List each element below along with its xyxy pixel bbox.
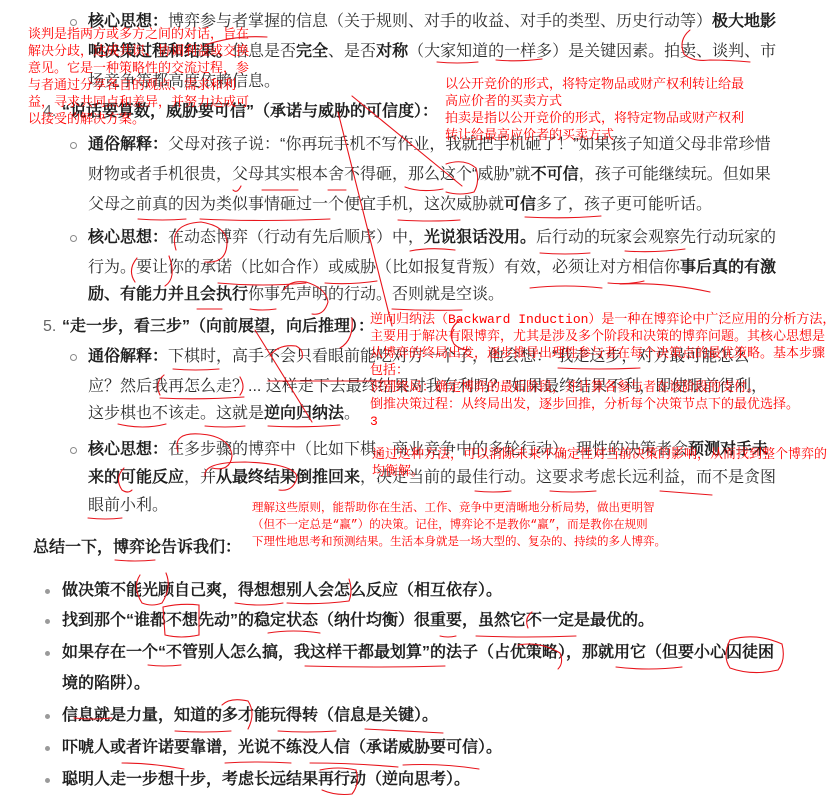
bold-text-run: 可信: [504, 196, 536, 213]
annotation-line: 包括：: [370, 362, 835, 379]
annotation-conclusion-note: 理解这些原则，能帮助你在生活、工作、竞争中更清晰地分析局势，做出更明智 （但不一…: [252, 500, 666, 551]
bold-text-run: 不可信: [531, 166, 579, 183]
annotation-equilibrium-note: 通过这种方法，可以消除未来不确定性对当前决策的影响，从而找到整个博弈的 均衡解。: [372, 446, 827, 480]
item5-heading: “走一步，看三步”（向前展望，向后推理）：: [62, 316, 374, 338]
annotation-backward-induction-note: 逆向归纳法（Backward Induction）是一种在博弈论中广泛应用的分析…: [370, 311, 835, 430]
sub-bullet-marker: [70, 235, 77, 242]
bullet-marker: [45, 589, 50, 594]
summary-bullet-4: 信息就是力量，知道的多才能玩得转（信息是关键）。: [62, 705, 438, 727]
text-run: ，孩子可能继续玩。但如果: [579, 166, 771, 183]
bold-text-run: 核心思想：: [88, 441, 168, 458]
bold-text-run: 从最终结果倒推回来: [216, 469, 360, 486]
summary-bullet-5: 吓唬人或者许诺要靠谱，光说不练没人信（承诺威胁要可信）。: [62, 737, 502, 759]
document-page: 核心思想：博弈参与者掌握的信息（关于规则、对手的收益、对手的类型、历史行动等）极…: [0, 0, 836, 800]
bullet-marker: [45, 778, 50, 783]
bold-text-run: 事后真的有激: [680, 259, 776, 276]
annotation-line: 解决分歧，达成共识、协调利益或交换: [28, 43, 249, 60]
annotation-line: （但不一定总是“赢”）的决策。记住，博弈论不是教你“赢”，而是教你在规则: [252, 517, 666, 534]
annotation-line: 谈判是指两方或多方之间的对话，旨在: [28, 26, 249, 43]
sub-bullet-marker: [70, 354, 77, 361]
annotation-line: 理解这些原则，能帮助你在生活、工作、竞争中更清晰地分析局势，做出更明智: [252, 500, 666, 517]
annotation-line: 与者通过分享各自的观点、需求和利: [28, 77, 249, 94]
text-run: 父母之前真的因为类似事情砸过一个便宜手机，这次威胁就: [88, 196, 504, 213]
text-run: 在动态博弈（行动有先后顺序）中，: [168, 229, 424, 246]
annotation-line: 益，寻求共同点和差异，并努力达成可: [28, 94, 249, 111]
text-run: 你事先声明的行动。否则就是空谈。: [248, 286, 504, 303]
annotation-line: 倒推决策过程：从终局出发，逐步回推，分析每个决策节点下的最优选择。: [370, 396, 835, 413]
sub-bullet-marker: [70, 19, 77, 26]
summary-bullet-2: 找到那个“谁都不想先动”的稳定状态（纳什均衡）很重要，虽然它不一定是最优的。: [62, 610, 654, 632]
annotation-line: 3: [370, 413, 835, 430]
text-run: 财物或者手机很贵，父母其实根本舍不得砸，那么这个“威胁”就: [88, 166, 531, 183]
bullet-marker: [45, 714, 50, 719]
bold-text-run: 来的可能反应: [88, 469, 184, 486]
bold-text-run: 通俗解释：: [88, 348, 168, 365]
text-run: 多了，孩子更可能听话。: [536, 196, 712, 213]
annotation-line: 以接受的解决方案。: [28, 111, 249, 128]
annotation-line: 以公开竞价的形式，将特定物品或财产权利转让给最: [445, 76, 744, 93]
item4-core-idea-line-1: 核心思想：在动态博弈（行动有先后顺序）中，光说狠话没用。后行动的玩家会观察先行动…: [88, 227, 776, 249]
annotation-line: 高应价者的买卖方式: [445, 93, 744, 110]
annotation-line: 通过这种方法，可以消除未来不确定性对当前决策的影响，从而找到整个博弈的: [372, 446, 827, 463]
annotation-line: 转让给最高应价者的买卖方式: [445, 127, 744, 144]
text-run: 眼前小利。: [88, 497, 168, 514]
bold-text-run: 通俗解释：: [88, 136, 168, 153]
summary-bullet-3: 如果存在一个“不管别人怎么搞，我这样干都最划算”的法子（占优策略），那就用它（但…: [62, 642, 774, 664]
list-number-5: 5.: [43, 316, 56, 338]
annotation-line: 逆向归纳法（Backward Induction）是一种在博弈论中广泛应用的分析…: [370, 311, 835, 328]
bold-text-run: 对称: [376, 43, 408, 60]
bold-text-run: 逆向归纳法: [264, 405, 344, 422]
text-run: 博弈参与者掌握的信息（关于规则、对手的收益、对手的类型、历史行动等）: [168, 13, 712, 30]
sub-bullet-marker: [70, 142, 77, 149]
item4-core-idea-line-2: 行为。要让你的承诺（比如合作）或威胁（比如报复背叛）有效，必须让对方相信你事后真…: [88, 257, 776, 279]
sub-bullet-marker: [70, 447, 77, 454]
annotation-line: 意见。它是一种策略性的交流过程，参: [28, 60, 249, 77]
bullet-marker: [45, 746, 50, 751]
bullet-marker: [45, 619, 50, 624]
item4-plain-line-2: 财物或者手机很贵，父母其实根本舍不得砸，那么这个“威胁”就不可信，孩子可能继续玩…: [88, 164, 771, 186]
annotation-line: 识别终局：确定博弈的最后阶段，并计算各参与者在该阶段的支付。: [370, 379, 835, 396]
summary-bullet-3-continued: 境的陷阱）。: [62, 673, 150, 695]
text-run: 行为。要让你的承诺（比如合作）或威胁（比如报复背叛）有效，必须让对方相信你: [88, 259, 680, 276]
item4-core-idea-line-3: 励、有能力并且会执行你事先声明的行动。否则就是空谈。: [88, 284, 504, 306]
annotation-line: 拍卖是指以公开竞价的形式，将特定物品或财产权利: [445, 110, 744, 127]
bold-text-run: 极大地影: [712, 13, 776, 30]
bold-text-run: 励、有能力并且会执行: [88, 286, 248, 303]
text-run: 。: [344, 405, 360, 422]
summary-heading: 总结一下，博弈论告诉我们：: [33, 537, 241, 559]
text-run: 、是否: [328, 43, 376, 60]
annotation-line: 下理性地思考和预测结果。生活本身就是一场大型的、复杂的、持续的多人博弈。: [252, 534, 666, 551]
bold-text-run: 完全: [296, 43, 328, 60]
text-run: （大家知道的一样多）是关键因素。拍卖、谈判、市: [408, 43, 776, 60]
summary-bullet-1: 做决策不能光顾自己爽，得想想别人会怎么反应（相互依存）。: [62, 580, 502, 602]
text-run: 后行动的玩家会观察先行动玩家的: [536, 229, 776, 246]
bullet-marker: [45, 651, 50, 656]
item5-core-idea-line-3: 眼前小利。: [88, 495, 168, 517]
summary-bullet-6: 聪明人走一步想十步，考虑长远结果再行动（逆向思考）。: [62, 769, 470, 791]
annotation-line: 主要用于解决有限博弈，尤其是涉及多个阶段和决策的博弈问题。其核心思想是: [370, 328, 835, 345]
item4-plain-line-3: 父母之前真的因为类似事情砸过一个便宜手机，这次威胁就可信多了，孩子更可能听话。: [88, 194, 712, 216]
bold-text-run: 光说狠话没用。: [424, 229, 536, 246]
annotation-line: 均衡解。: [372, 463, 827, 480]
annotation-negotiation-note: 谈判是指两方或多方之间的对话，旨在 解决分歧，达成共识、协调利益或交换 意见。它…: [28, 26, 249, 128]
annotation-auction-note: 以公开竞价的形式，将特定物品或财产权利转让给最 高应价者的买卖方式 拍卖是指以公…: [445, 76, 744, 144]
text-run: ，并: [184, 469, 216, 486]
item5-plain-line-3: 这步棋也不该走。这就是逆向归纳法。: [88, 403, 360, 425]
bold-text-run: 核心思想：: [88, 229, 168, 246]
annotation-line: 从博弈的终局出发，逐步推导出理性参与者在每个决策点的最优策略。基本步骤: [370, 345, 835, 362]
text-run: 这步棋也不该走。这就是: [88, 405, 264, 422]
